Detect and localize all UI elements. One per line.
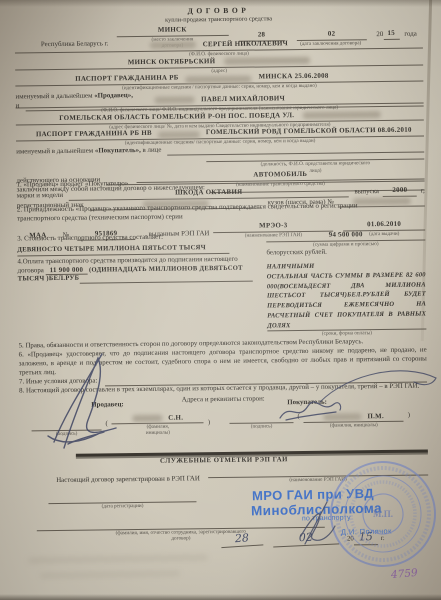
payment-schedule: НАЛИЧНЫМИ ОСТАЛЬНАЯ ЧАСТЬ СУММЫ В РАЗМЕР… <box>267 261 427 331</box>
year-value: 2000 <box>383 186 417 196</box>
seller-address: МИНСК ОКТЯБРЬСКИЙ <box>128 58 216 66</box>
buyer-address: ГОМЕЛЬСКАЯ ОБЛАСТЬ ГОМЕЛЬСКИЙ Р-ОН ПОС. … <box>59 112 294 122</box>
redaction <box>158 132 200 140</box>
redaction <box>302 111 380 119</box>
handwritten-day: 28 <box>220 530 263 548</box>
registered-label: Настоящий договор зарегистрирован в РЭП … <box>56 475 200 486</box>
redaction <box>186 76 252 84</box>
buyer-initials: П.М. <box>367 413 384 420</box>
stamp-position-line: по транспорту <box>302 514 351 522</box>
redaction <box>224 57 310 65</box>
prepay-amount: 11 900 000 <box>46 266 88 275</box>
redaction <box>154 96 194 103</box>
signatures-row: Продавец: (подпись) ( С.Н. (фамилия, ини… <box>19 397 427 437</box>
seller-name: СЕРГЕЙ НИКОЛАЕВИЧ <box>203 40 288 48</box>
handwritten-archive-number: 4759 <box>391 567 419 581</box>
photo-shadow-bottom <box>0 594 441 600</box>
redaction <box>150 41 196 49</box>
redaction <box>132 415 162 422</box>
year-label: выпуска <box>354 188 378 197</box>
cost-words: ДЕВЯНОСТО ЧЕТЫРЕ МИЛЛИОНА ПЯТЬСОТ ТЫСЯЧ <box>17 244 229 256</box>
currency-label: белорусских рублей. <box>266 248 425 259</box>
blank-line <box>79 274 253 284</box>
cost-label: 3. Стоимость транспортного средства сост… <box>17 233 252 245</box>
redaction <box>323 413 361 420</box>
make-label: марки и модели <box>17 192 63 202</box>
payment-right-col: 94 500 000 (сумма цифрами и прописью) бе… <box>266 230 426 337</box>
sections-5-8: 5. Права, обязанности и ответственность … <box>19 337 428 407</box>
payment-terms: 4.Оплата транспортного средства производ… <box>17 255 252 284</box>
handwritten-month: 02 <box>273 529 340 547</box>
scanned-contract-photo: ДОГОВОР купли-продажи транспортного сред… <box>0 0 441 600</box>
payment-left-col: 3. Стоимость транспортного средства сост… <box>17 233 253 341</box>
seller-passport: ПАСПОРТ ГРАЖДАНИНА РБ <box>75 75 178 85</box>
buyer-signature-block: Покупатель: (подпись) ( П.М. (фамилия, и… <box>223 397 427 435</box>
seller-passport-issue: МИНСКА 25.06.2008 <box>259 73 329 83</box>
seller-initials: С.Н. <box>168 415 183 422</box>
section-3-4: 3. Стоимость транспортного средства сост… <box>17 230 426 340</box>
seller-signature-block: Продавец: (подпись) ( С.Н. (фамилия, ини… <box>19 400 223 438</box>
photo-shadow-top <box>0 0 441 7</box>
buyer-passport: ПАСПОРТ ГРАЖДАНИНА РБ НВ <box>36 130 152 140</box>
buyer-name: ПАВЕЛ МИХАЙЛОВИЧ <box>201 95 285 103</box>
stamp-officer-name: Д.И. Полячок <box>341 526 392 536</box>
